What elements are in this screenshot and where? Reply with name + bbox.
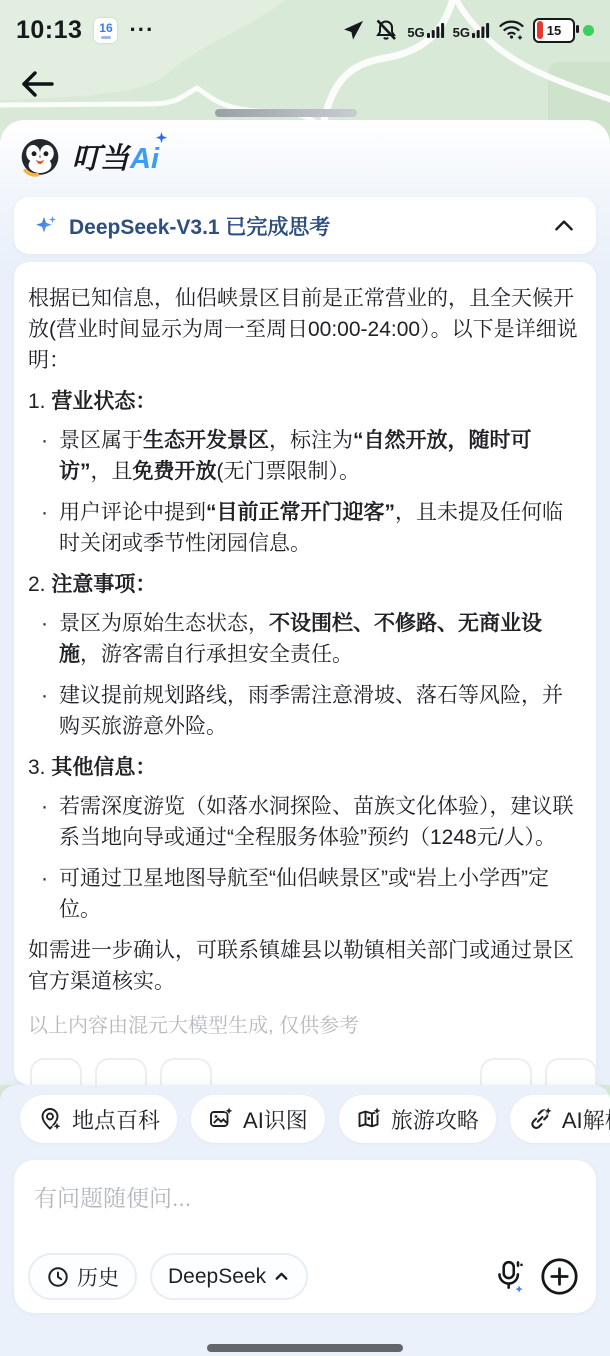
assistant-panel: 叮当 Ai DeepSeek-V3.1 已完成思考 根据已知信息，仙侣峡景区目前… bbox=[0, 120, 610, 1085]
thinking-status-label: DeepSeek-V3.1 已完成思考 bbox=[69, 211, 541, 241]
back-arrow-icon bbox=[18, 66, 56, 102]
penguin-logo-icon bbox=[18, 134, 62, 178]
home-indicator[interactable] bbox=[207, 1344, 403, 1352]
map-route-icon bbox=[356, 1106, 382, 1132]
answer-bullet: ·若需深度游览（如落水洞探险、苗族文化体验），建议联系当地向导或通过“全程服务体… bbox=[28, 791, 581, 853]
app-title: 叮当 Ai bbox=[72, 136, 159, 177]
answer-heading: 1. 营业状态： bbox=[28, 386, 581, 417]
back-button[interactable] bbox=[14, 62, 58, 106]
answer-bullet: ·景区属于生态开发景区，标注为“自然开放，随时可访”，且免费开放(无门票限制）。 bbox=[28, 425, 581, 487]
bullet-dot-icon: · bbox=[41, 425, 59, 487]
mute-bell-icon bbox=[373, 18, 399, 42]
answer-bullet: ·建议提前规划路线，雨季需注意滑坡、落石等风险，并购买旅游意外险。 bbox=[28, 680, 581, 742]
bullet-dot-icon: · bbox=[41, 608, 59, 670]
link-ai-icon bbox=[527, 1106, 553, 1132]
poi-wiki-button[interactable]: 地点百科 bbox=[20, 1095, 177, 1143]
answer-bullet: ·用户评论中提到“目前正常开门迎客”，且未提及任何临时关闭或季节性闭园信息。 bbox=[28, 497, 581, 559]
bullet-dot-icon: · bbox=[41, 791, 59, 853]
voice-input-button[interactable] bbox=[492, 1259, 526, 1295]
bottom-toolbar: 地点百科 AI识图 旅游攻略 bbox=[0, 1085, 610, 1356]
location-search-icon bbox=[37, 1106, 63, 1132]
hidden-action-chip[interactable] bbox=[545, 1058, 597, 1085]
bullet-dot-icon: · bbox=[41, 497, 59, 559]
hidden-action-chip[interactable] bbox=[30, 1058, 82, 1085]
battery-percent: 15 bbox=[547, 23, 561, 38]
app-title-text: 叮当 bbox=[72, 136, 128, 177]
status-bar: 10:13 16 ··· 5G 5G 15 bbox=[0, 10, 610, 50]
travel-guide-button[interactable]: 旅游攻略 bbox=[339, 1095, 496, 1143]
answer-bullet: ·可通过卫星地图导航至“仙侣峡景区”或“岩上小学西”定位。 bbox=[28, 863, 581, 925]
deepseek-sparkle-icon bbox=[33, 213, 59, 239]
composer-toolbar: 历史 DeepSeek bbox=[28, 1253, 580, 1300]
app-title-ai: Ai bbox=[130, 143, 159, 176]
microphone-ai-icon bbox=[492, 1259, 526, 1295]
privacy-indicator-dot bbox=[583, 25, 594, 36]
chevron-up-icon bbox=[273, 1268, 290, 1285]
suggestion-buttons-row: 地点百科 AI识图 旅游攻略 bbox=[20, 1095, 610, 1143]
add-attachment-button[interactable] bbox=[539, 1256, 580, 1297]
answer-heading: 2. 注意事项： bbox=[28, 569, 581, 600]
clock-icon bbox=[46, 1265, 70, 1289]
hidden-action-chip[interactable] bbox=[160, 1058, 212, 1085]
bullet-dot-icon: · bbox=[41, 863, 59, 925]
screen: 10:13 16 ··· 5G 5G 15 bbox=[0, 0, 610, 1356]
wifi-icon bbox=[498, 19, 525, 41]
answer-bullet: ·景区为原始生态状态，不设围栏、不修路、无商业设施，游客需自行承担安全责任。 bbox=[28, 608, 581, 670]
location-active-icon bbox=[342, 19, 365, 42]
image-ai-icon bbox=[208, 1106, 234, 1132]
message-input[interactable]: 有问题随便问... bbox=[34, 1180, 576, 1213]
notification-dots-icon: ··· bbox=[129, 20, 154, 40]
ai-image-recognition-button[interactable]: AI识图 bbox=[191, 1095, 325, 1143]
title-sparkle-icon bbox=[155, 132, 168, 145]
answer-heading: 3. 其他信息： bbox=[28, 752, 581, 783]
signal-5g-icon-2: 5G bbox=[453, 22, 490, 38]
battery-icon: 15 bbox=[533, 18, 575, 43]
ai-disclaimer: 以上内容由混元大模型生成, 仅供参考 bbox=[28, 1011, 581, 1042]
hidden-action-chip[interactable] bbox=[95, 1058, 147, 1085]
answer-paragraph: 如需进一步确认，可联系镇雄县以勒镇相关部门或通过景区官方渠道核实。 bbox=[28, 935, 581, 997]
ai-analysis-button[interactable]: AI解析 bbox=[510, 1095, 610, 1143]
bullet-dot-icon: · bbox=[41, 680, 59, 742]
answer-card: 根据已知信息，仙侣峡景区目前是正常营业的，且全天候开放(营业时间显示为周一至周日… bbox=[14, 262, 596, 1085]
hidden-action-chip[interactable] bbox=[480, 1058, 532, 1085]
plus-circle-icon bbox=[539, 1256, 580, 1297]
answer-paragraph: 根据已知信息，仙侣峡景区目前是正常营业的，且全天候开放(营业时间显示为周一至周日… bbox=[28, 283, 581, 376]
signal-5g-icon-1: 5G bbox=[407, 22, 444, 38]
panel-header: 叮当 Ai bbox=[0, 120, 610, 188]
history-button[interactable]: 历史 bbox=[28, 1253, 137, 1300]
thinking-status-bar[interactable]: DeepSeek-V3.1 已完成思考 bbox=[14, 197, 596, 254]
calendar-date-icon: 16 bbox=[94, 18, 117, 43]
collapse-chevron-icon[interactable] bbox=[551, 213, 577, 239]
model-selector-button[interactable]: DeepSeek bbox=[150, 1253, 308, 1300]
hidden-actions-row bbox=[0, 1058, 610, 1085]
answer-blocks: 根据已知信息，仙侣峡景区目前是正常营业的，且全天候开放(营业时间显示为周一至周日… bbox=[28, 283, 581, 997]
sheet-drag-handle[interactable] bbox=[215, 109, 357, 117]
status-time: 10:13 bbox=[16, 16, 82, 45]
composer: 有问题随便问... 历史 DeepSeek bbox=[14, 1160, 596, 1313]
